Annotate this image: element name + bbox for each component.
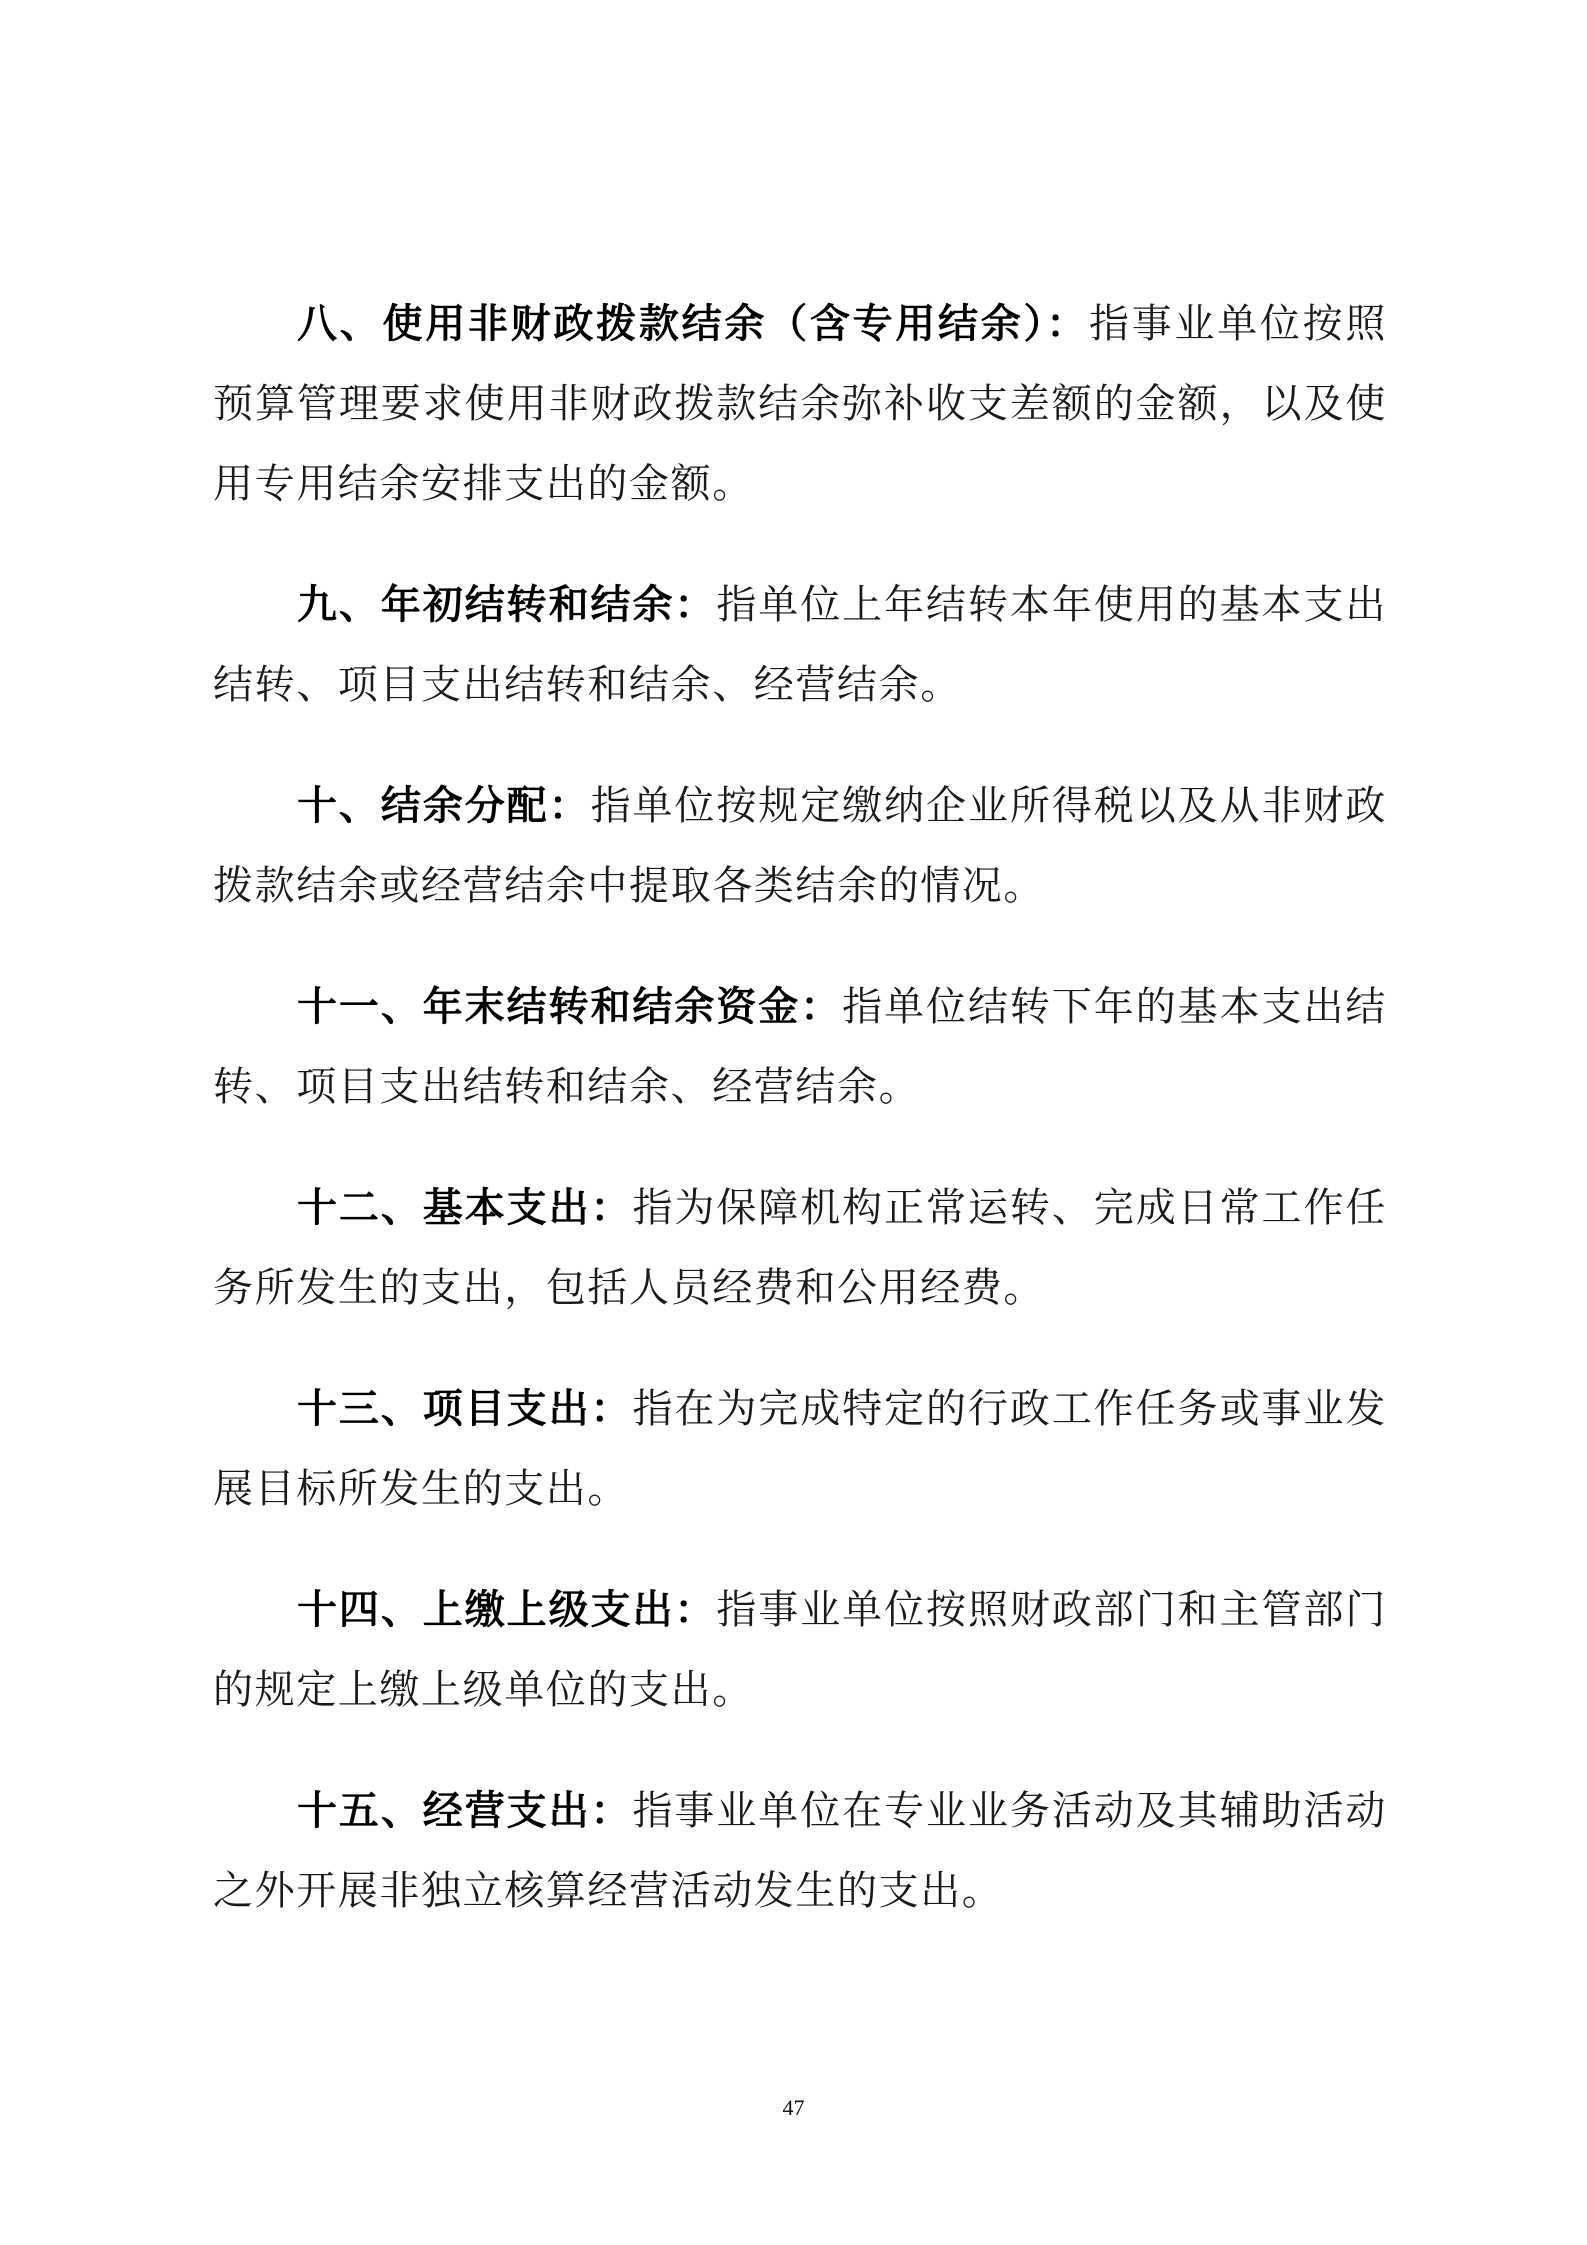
definition-paragraph-14: 十四、上缴上级支出：指事业单位按照财政部门和主管部门的规定上缴上级单位的支出。 [213, 1570, 1387, 1730]
definition-paragraph-10: 十、结余分配：指单位按规定缴纳企业所得税以及从非财政拨款结余或经营结余中提取各类… [213, 766, 1387, 926]
definition-term: 八、使用非财政拨款结余（含专用结余）： [297, 300, 1089, 347]
definition-term: 十三、项目支出： [297, 1385, 632, 1432]
definition-paragraph-13: 十三、项目支出：指在为完成特定的行政工作任务或事业发展目标所发生的支出。 [213, 1369, 1387, 1529]
page-number: 47 [0, 2095, 1587, 2121]
definition-paragraph-15: 十五、经营支出：指事业单位在专业业务活动及其辅助活动之外开展非独立核算经营活动发… [213, 1771, 1387, 1931]
definition-paragraph-8: 八、使用非财政拨款结余（含专用结余）：指事业单位按照预算管理要求使用非财政拨款结… [213, 284, 1387, 524]
definition-term: 十、结余分配： [297, 782, 591, 829]
definition-term: 十四、上缴上级支出： [297, 1586, 716, 1633]
definition-term: 十五、经营支出： [297, 1787, 632, 1834]
definition-term: 九、年初结转和结余： [297, 581, 716, 628]
definition-paragraph-11: 十一、年末结转和结余资金：指单位结转下年的基本支出结转、项目支出结转和结余、经营… [213, 967, 1387, 1127]
definition-paragraph-9: 九、年初结转和结余：指单位上年结转本年使用的基本支出结转、项目支出结转和结余、经… [213, 565, 1387, 725]
document-page: 八、使用非财政拨款结余（含专用结余）：指事业单位按照预算管理要求使用非财政拨款结… [0, 0, 1587, 2245]
definition-paragraph-12: 十二、基本支出：指为保障机构正常运转、完成日常工作任务所发生的支出，包括人员经费… [213, 1168, 1387, 1328]
definition-term: 十一、年末结转和结余资金： [297, 983, 842, 1030]
definitions-body: 八、使用非财政拨款结余（含专用结余）：指事业单位按照预算管理要求使用非财政拨款结… [213, 284, 1387, 1972]
definition-term: 十二、基本支出： [297, 1184, 632, 1231]
